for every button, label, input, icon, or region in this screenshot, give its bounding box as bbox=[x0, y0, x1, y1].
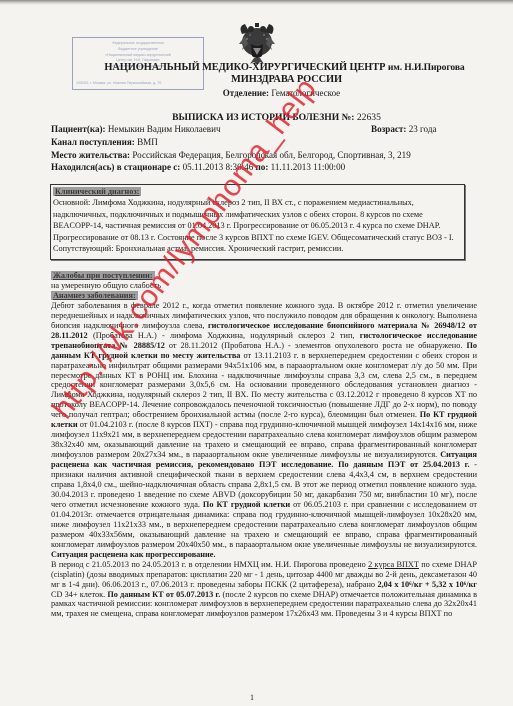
clinical-diagnosis-heading: Клинический диагноз: bbox=[53, 187, 141, 196]
department: Отделение: Гематологическое bbox=[0, 88, 513, 98]
organization-name-suffix: им. Н.И.Пирогова bbox=[388, 62, 465, 73]
residence-label: Место жительства: bbox=[51, 150, 130, 160]
anamnesis-text: Дебют заболевания в феврале 2012 г., ког… bbox=[51, 301, 477, 559]
patient-age-row: Возраст: 23 года bbox=[371, 124, 437, 134]
anamnesis-heading: Анамнез заболевания: bbox=[51, 291, 138, 300]
admission-channel: ВМП bbox=[137, 137, 158, 147]
patient-age: 23 года bbox=[409, 124, 437, 134]
main-diagnosis: Основной: Лимфома Ходжкина, нодулярный с… bbox=[53, 197, 462, 243]
department-value: Гематологическое bbox=[271, 88, 340, 98]
discharge-summary-page: Федеральное государственное бюджетное уч… bbox=[0, 0, 513, 706]
document-title-label: ВЫПИСКА ИЗ ИСТОРИИ БОЛЕЗНИ №: bbox=[172, 112, 354, 123]
hospital-stay-row: Находился(ась) в стационаре с: 05.11.201… bbox=[51, 162, 345, 172]
admission-channel-row: Канал поступления: ВМП bbox=[51, 137, 158, 147]
ministry-name: МИНЗДРАВА РОССИИ bbox=[0, 74, 513, 85]
complaints-text: на умеренную общую слабость bbox=[51, 281, 161, 290]
admission-channel-label: Канал поступления: bbox=[51, 137, 135, 147]
complaints-section: Жалобы при поступлении: на умеренную общ… bbox=[51, 271, 477, 619]
hospital-stay-from: 05.11.2013 8:30:46 bbox=[183, 162, 254, 172]
organization-title: НАЦИОНАЛЬНЫЙ МЕДИКО-ХИРУРГИЧЕСКИЙ ЦЕНТР … bbox=[0, 62, 513, 85]
anamnesis-text-paragraph-2: В период с 21.05.2013 по 24.05.2013 г. в… bbox=[51, 560, 477, 619]
document-number: 22635 bbox=[357, 112, 381, 123]
russian-eagle-emblem-icon bbox=[236, 22, 278, 66]
organization-name: НАЦИОНАЛЬНЫЙ МЕДИКО-ХИРУРГИЧЕСКИЙ ЦЕНТР bbox=[104, 62, 385, 73]
document-title: ВЫПИСКА ИЗ ИСТОРИИ БОЛЕЗНИ №: 22635 bbox=[0, 112, 513, 123]
patient-name-row: Пациент(ка): Немыкин Вадим Николаевич bbox=[51, 124, 221, 134]
hospital-stay-to: 11.11.2013 11:00:00 bbox=[271, 162, 346, 172]
patient-age-label: Возраст: bbox=[371, 124, 406, 134]
residence-row: Место жительства: Российская Федерация, … bbox=[51, 150, 411, 160]
department-label: Отделение: bbox=[223, 88, 269, 98]
residence: Российская Федерация, Белгородская обл, … bbox=[132, 150, 410, 160]
page-number: 1 bbox=[250, 693, 254, 702]
patient-name-label: Пациент(ка): bbox=[51, 124, 106, 134]
hospital-stay-to-label: по: bbox=[256, 162, 269, 172]
clinical-diagnosis-box: Клинический диагноз: Основной: Лимфома Х… bbox=[50, 184, 465, 260]
concomitant-diagnosis: Сопутствующий: Бронхиальная астма, ремис… bbox=[53, 243, 462, 254]
patient-name: Немыкин Вадим Николаевич bbox=[108, 124, 221, 134]
hospital-stay-label: Находился(ась) в стационаре с: bbox=[51, 162, 180, 172]
complaints-heading: Жалобы при поступлении: bbox=[51, 271, 155, 280]
